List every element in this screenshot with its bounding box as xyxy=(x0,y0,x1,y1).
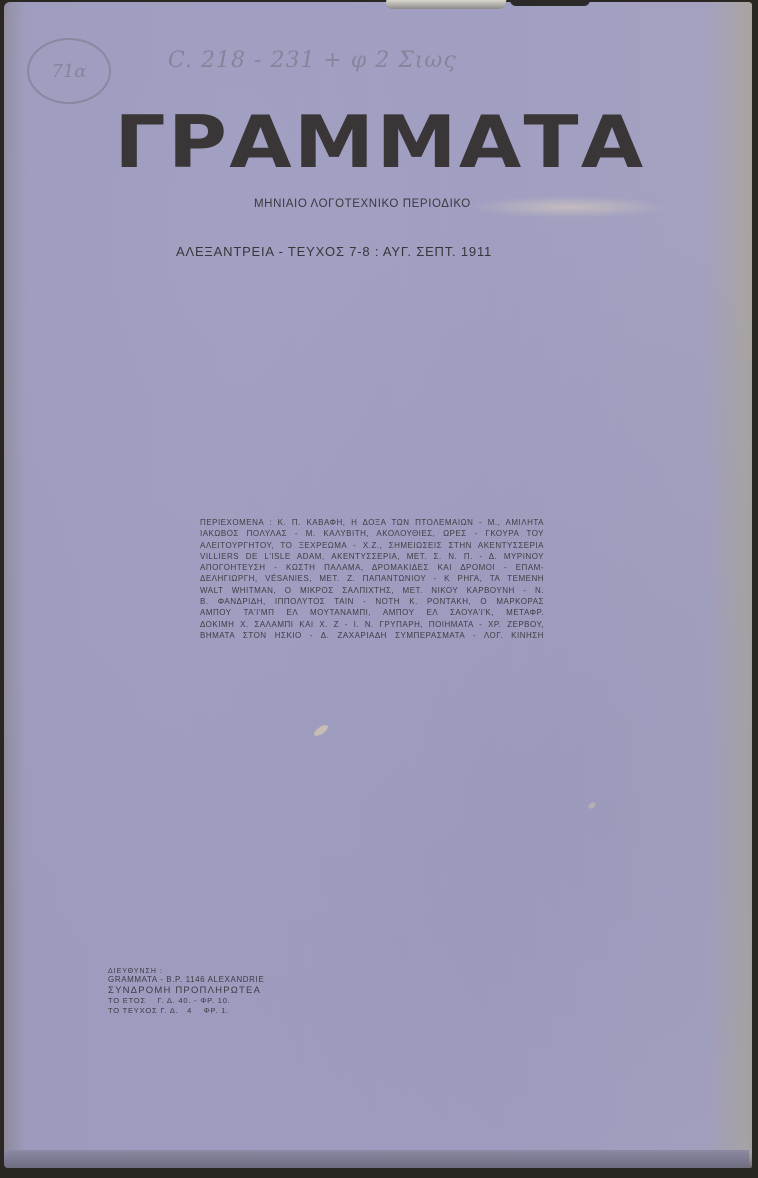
contents-line: ΑΠΟΓΟΗΤΕΥΣΗ - ΚΩΣΤΗ ΠΑΛΑΜΑ, ΔΡΟΜΑΚΙΔΕΣ Κ… xyxy=(200,562,544,573)
contents-line: ΒΗΜΑΤΑ ΣΤΟΝ ΗΣΚΙΟ - Δ. ΖΑΧΑΡΙΑΔΗ ΣΥΜΠΕΡΑ… xyxy=(200,630,544,641)
address-block: ΔΙΕΥΘΥΝΣΗ : GRAMMATA - B.P. 1146 ALEXAND… xyxy=(108,968,264,1016)
price-per-year: ΤΟ ΕΤΟΣ Γ. Δ. 40. - ΦΡ. 10. xyxy=(108,996,264,1006)
contents-line: Β. ΦΑΝΔΡΙΔΗ, ΙΠΠΟΛΥΤΟΣ ΤΑΙΝ - ΝΟΤΗ Κ. ΡΟ… xyxy=(200,596,544,607)
contents-line: ΙΑΚΩΒΟΣ ΠΟΛΥΛΑΣ - Μ. ΚΑΛΥΒΙΤΗ, ΑΚΟΛΟΥΘΙΕ… xyxy=(200,528,544,539)
contents-line: VILLIERS DE L'ISLE ADAM, ΑΚΕΝΤΥΣΣΕΡΙΑ, Μ… xyxy=(200,551,544,562)
address-postal: GRAMMATA - B.P. 1146 ALEXANDRIE xyxy=(108,975,264,985)
address-label: ΔΙΕΥΘΥΝΣΗ : xyxy=(108,968,264,975)
contents-line: WALT WHITMAN, Ο ΜΙΚΡΟΣ ΣΑΛΠΙΧΤΗΣ, ΜΕΤ. Ν… xyxy=(200,585,544,596)
circled-library-mark: 71α xyxy=(27,38,111,104)
worn-bottom-edge xyxy=(4,1150,749,1168)
table-of-contents: ΠΕΡΙΕΧΟΜΕΝΑ : Κ. Π. ΚΑΒΑΦΗ, Η ΔΟΞΑ ΤΩΝ Π… xyxy=(200,517,544,641)
magazine-subtitle: ΜΗΝΙΑΙΟ ΛΟΓΟΤΕΧΝΙΚΟ ΠΕΡΙΟΔΙΚΟ xyxy=(254,198,471,210)
contents-line: ΔΕΛΗΓΙΩΡΓΗ, VÉSANIES, ΜΕΤ. Ζ. ΠΑΠΑΝΤΩΝΙΟ… xyxy=(200,573,544,584)
handwritten-annotation: C. 218 - 231 + φ 2 Σιως xyxy=(168,48,457,73)
contents-line: ΑΛΕΙΤΟΥΡΓΗΤΟΥ, ΤΟ ΞΕΧΡΕΩΜΑ - Χ.Ζ., ΣΗΜΕΙ… xyxy=(200,540,544,551)
price-per-issue: ΤΟ ΤΕΥΧΟΣ Γ. Δ. 4 ΦΡ. 1. xyxy=(108,1006,264,1016)
paper-stain xyxy=(470,196,670,218)
issue-line: ΑΛΕΞΑΝΤΡΕΙΑ - ΤΕΥΧΟΣ 7-8 : ΑΥΓ. ΣΕΠΤ. 19… xyxy=(176,244,492,259)
contents-line: ΑΜΠΟΥ ΤΑ'Ι'ΜΠ ΕΛ ΜΟΥΤΑΝΑΜΠΙ, ΑΜΠΟΥ ΕΛ ΣΑ… xyxy=(200,607,544,618)
contents-line: ΠΕΡΙΕΧΟΜΕΝΑ : Κ. Π. ΚΑΒΑΦΗ, Η ΔΟΞΑ ΤΩΝ Π… xyxy=(200,517,544,528)
contents-line: ΔΟΚΙΜΗ Χ. ΣΑΛΑΜΠΙ ΚΑΙ Χ. Ζ - Ι. Ν. ΓΡΥΠΑ… xyxy=(200,619,544,630)
torn-corner xyxy=(384,0,507,9)
circled-mark-text: 71α xyxy=(51,61,86,82)
torn-edge-shadow xyxy=(510,0,590,6)
magazine-title: ΓΡΑΜΜΑΤΑ xyxy=(0,106,758,178)
subscription-heading: ΣΥΝΔΡΟΜΗ ΠΡΟΠΛΗΡΩΤΕΑ xyxy=(108,985,264,996)
